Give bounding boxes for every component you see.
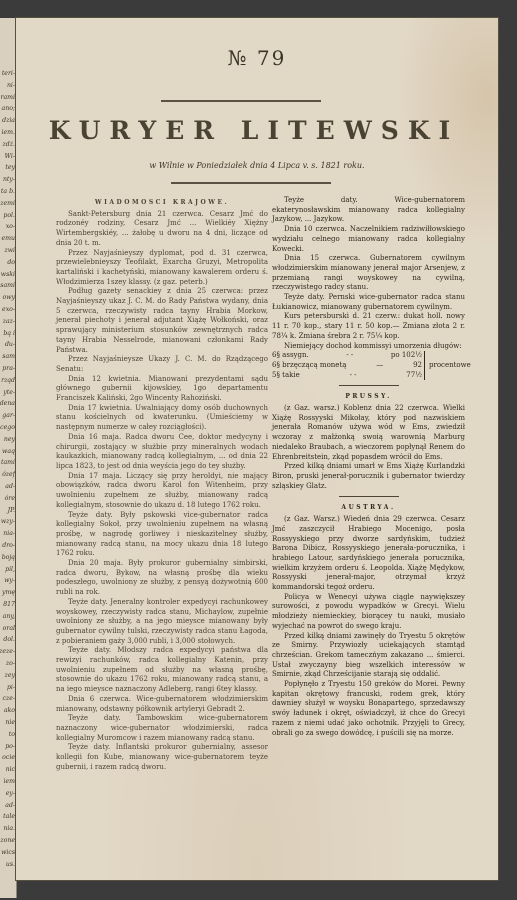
paragraph: Podług gazety senackiey z dnia 25 czerwc…	[56, 287, 268, 355]
rate-sep: - -	[346, 351, 353, 361]
paragraph: Kurs petersburski d. 21 czerw.: dukat ho…	[272, 312, 465, 341]
previous-page-fragment: xo-	[6, 223, 15, 231]
previous-page-fragment: cego	[0, 424, 15, 432]
previous-page-fragment: do	[7, 259, 15, 267]
dateline: w Wilnie w Poniedziałek dnia 4 Lipca v. …	[16, 161, 498, 170]
previous-page-fragment: du-	[5, 341, 15, 349]
rate-value: 77½	[406, 371, 422, 381]
previous-page-fragment: us.	[6, 861, 15, 869]
previous-page-edge: teri-ni-ramiano;dziaiem.zdż.Wi-teynty-ta…	[0, 18, 17, 898]
section-title-austria: AUSTRYA.	[272, 503, 465, 513]
previous-page-fragment: tey	[5, 164, 15, 172]
paragraph: Teyże daty. Wice-gubernatorem ekaterynos…	[272, 196, 465, 225]
previous-page-fragment: sami	[0, 282, 15, 290]
previous-page-fragment: wy-	[4, 577, 15, 585]
previous-page-fragment: bą i	[3, 330, 15, 338]
previous-page-fragment: Wi-	[5, 153, 15, 161]
previous-page-fragment: pol.	[3, 212, 15, 220]
paragraph: (z Gaz. Warsz.) Wiedeń dnia 29 czerwca. …	[272, 515, 465, 593]
rate-sep: —	[376, 361, 383, 371]
previous-page-fragment: iem.	[2, 129, 15, 137]
previous-page-fragment: ta b.	[1, 188, 15, 196]
paragraph: Dnia 20 maja. Były prokuror gubernialny …	[56, 559, 268, 598]
paragraph: Sankt-Petersburg dnia 21 czerwca. Cesarz…	[56, 210, 268, 249]
previous-page-fragment: teri-	[2, 70, 15, 78]
previous-page-fragment: ad-	[5, 802, 15, 810]
previous-page-fragment: gar-	[2, 412, 15, 420]
rates-bracket: procentowe	[424, 351, 471, 380]
rate-row: 6§ brzęczącą monetą—92	[272, 361, 422, 371]
previous-page-fragment: pi-	[7, 684, 15, 692]
previous-page-fragment: tami	[1, 459, 15, 467]
previous-page-fragment: yte-	[3, 389, 15, 397]
right-column: Teyże daty. Wice-gubernatorem ekaterynos…	[272, 196, 465, 738]
paragraph: Dnia 16 maja. Radca dworu Cee, doktor me…	[56, 433, 268, 472]
separator	[339, 385, 399, 386]
paragraph: Dnia 15 czerwca. Gubernatorem cywilnym w…	[272, 254, 465, 293]
previous-page-fragment: dena	[0, 400, 15, 408]
previous-page-fragment: exo-	[2, 306, 15, 314]
previous-page-fragment: JP.	[8, 507, 15, 515]
previous-page-fragment: tale	[3, 813, 15, 821]
previous-page-fragment: ad-	[5, 483, 15, 491]
newspaper-title: KURYER LITEWSKI	[44, 116, 464, 145]
previous-page-fragment: zwi	[4, 247, 15, 255]
masthead-rule-top	[161, 100, 321, 102]
previous-page-fragment: nty-	[3, 176, 15, 184]
rate-row: 5§ takie- -77½	[272, 371, 422, 381]
previous-page-fragment: nia.	[3, 825, 15, 833]
previous-page-fragment: iem	[3, 778, 15, 786]
previous-page-fragment: zeze-	[0, 648, 15, 656]
rate-label: 6§ assygn.	[272, 351, 309, 361]
previous-page-fragment: zemi	[0, 200, 15, 208]
paragraph: Teyże daty. Tambowskim wice-gubernatorem…	[56, 714, 268, 743]
previous-page-fragment: nia-	[3, 530, 15, 538]
previous-page-fragment: oral	[3, 625, 15, 633]
paragraph: Dnia 17 kwietnia. Uwalniający domy osób …	[56, 404, 268, 433]
rates-bracket-label: procentowe	[429, 361, 471, 371]
previous-page-fragment: ocie	[2, 754, 15, 762]
paragraph: Dnia 10 czerwca. Naczelnikiem radziwiłło…	[272, 225, 465, 254]
previous-page-fragment: cze-	[3, 695, 15, 703]
paragraph: Dnia 6 czerwca. Wice-gubernatorem włodzi…	[56, 695, 268, 714]
paragraph: Przez Nayjaśnieysze Ukazy J. C. M. do Rz…	[56, 355, 268, 374]
paragraph: Przed kilką dniami zawinęły do Tryestu 5…	[272, 632, 465, 681]
rate-label: 5§ takie	[272, 371, 300, 381]
paragraph: Dnia 17 maja. Liczący się przy heroldyi,…	[56, 472, 268, 511]
paragraph: Przez Nayjaśnieyszy dyplomat, pod d. 31 …	[56, 249, 268, 288]
previous-page-fragment: pil,	[5, 566, 15, 574]
rate-value: po 102½	[391, 351, 422, 361]
previous-page-fragment: nic	[6, 766, 15, 774]
paragraph: Teyże daty. Młodszy radca expedycyi pańs…	[56, 646, 268, 695]
masthead-rule-bottom	[171, 182, 331, 184]
previous-page-fragment: óre	[5, 495, 15, 503]
paragraph: Teyże daty. Inflantski prokuror gubernia…	[56, 743, 268, 772]
previous-page-fragment: zaz-	[3, 318, 15, 326]
previous-page-fragment: zo-	[6, 660, 15, 668]
paragraph: Niemiejący dochod kommissyi umorzenia dł…	[272, 342, 465, 352]
previous-page-fragment: pra-	[2, 365, 15, 373]
issue-number: № 79	[16, 46, 498, 70]
previous-page-fragment: owy	[2, 294, 15, 302]
rate-sep: - -	[350, 371, 357, 381]
previous-page-fragment: ney	[4, 436, 15, 444]
previous-page-fragment: boją	[2, 554, 15, 562]
previous-page-fragment: emu	[1, 235, 15, 243]
previous-page-fragment: sam	[2, 353, 15, 361]
left-column-body: Sankt-Petersburg dnia 21 czerwca. Cesarz…	[56, 210, 268, 773]
left-column: WIADOMOSCI KRAJOWE. Sankt-Petersburg dni…	[56, 196, 268, 772]
newspaper-page: № 79 KURYER LITEWSKI w Wilnie w Poniedzi…	[16, 18, 498, 880]
previous-page-fragment: wzy-	[1, 518, 15, 526]
previous-page-fragment: nie	[5, 719, 15, 727]
previous-page-fragment: ymę	[2, 589, 15, 597]
paragraph: Teyże daty. Były pskowski vice-gubernato…	[56, 511, 268, 560]
paragraph: Przed kilką dniami umarł w Ems Xiążę Kur…	[272, 462, 465, 491]
rate-label: 6§ brzęczącą monetą	[272, 361, 346, 371]
previous-page-fragment: zone	[0, 837, 15, 845]
austria-body: (z Gaz. Warsz.) Wiedeń dnia 29 czerwca. …	[272, 515, 465, 738]
paragraph: Teyże daty. Pernski wice-gubernator radc…	[272, 293, 465, 312]
section-title-domestic: WIADOMOSCI KRAJOWE.	[56, 198, 268, 208]
previous-page-fragment: to	[9, 731, 15, 739]
previous-page-fragment: ózef	[2, 471, 15, 479]
previous-page-fragment: rami	[1, 94, 16, 102]
rate-row: 6§ assygn.- -po 102½	[272, 351, 422, 361]
previous-page-fragment: wski	[1, 271, 15, 279]
previous-page-fragment: zey	[5, 672, 15, 680]
prussia-body: (z Gaz. warsz.) Koblenz dnia 22 czerwca.…	[272, 404, 465, 491]
bond-rates-table: 6§ assygn.- -po 102½6§ brzęczącą monetą—…	[272, 351, 465, 380]
previous-page-fragment: zdż.	[3, 141, 15, 149]
paragraph: Teyże daty. Jeneralny kontroler expedycy…	[56, 598, 268, 647]
previous-page-fragment: dzia	[2, 117, 15, 125]
previous-page-fragment: dol.	[3, 636, 15, 644]
previous-page-fragment: ano;	[2, 105, 15, 113]
previous-page-fragment: rząd	[1, 377, 15, 385]
paragraph: Popłynęło z Tryestu 150 greków do Morei.…	[272, 680, 465, 738]
previous-page-fragment: ni-	[7, 82, 15, 90]
rate-value: 92	[413, 361, 422, 371]
paragraph: Policya w Wenecyi używa ciągle naywiększ…	[272, 593, 465, 632]
paragraph: Dnia 12 kwietnia. Mianowani prezydentami…	[56, 375, 268, 404]
section-title-prussia: PRUSSY.	[272, 392, 465, 402]
previous-page-fragment: dro-	[2, 542, 15, 550]
previous-page-fragment: ey-	[6, 790, 15, 798]
separator	[339, 496, 399, 497]
previous-page-fragment: wics	[1, 849, 15, 857]
previous-page-fragment: waq	[2, 448, 15, 456]
previous-page-fragment: po-	[5, 743, 15, 751]
paragraph: (z Gaz. warsz.) Koblenz dnia 22 czerwca.…	[272, 404, 465, 462]
right-column-top-body: Teyże daty. Wice-gubernatorem ekaterynos…	[272, 196, 465, 351]
previous-page-fragment: 817	[3, 601, 15, 609]
previous-page-fragment: ako	[4, 707, 15, 715]
previous-page-fragment: any,	[3, 613, 15, 621]
